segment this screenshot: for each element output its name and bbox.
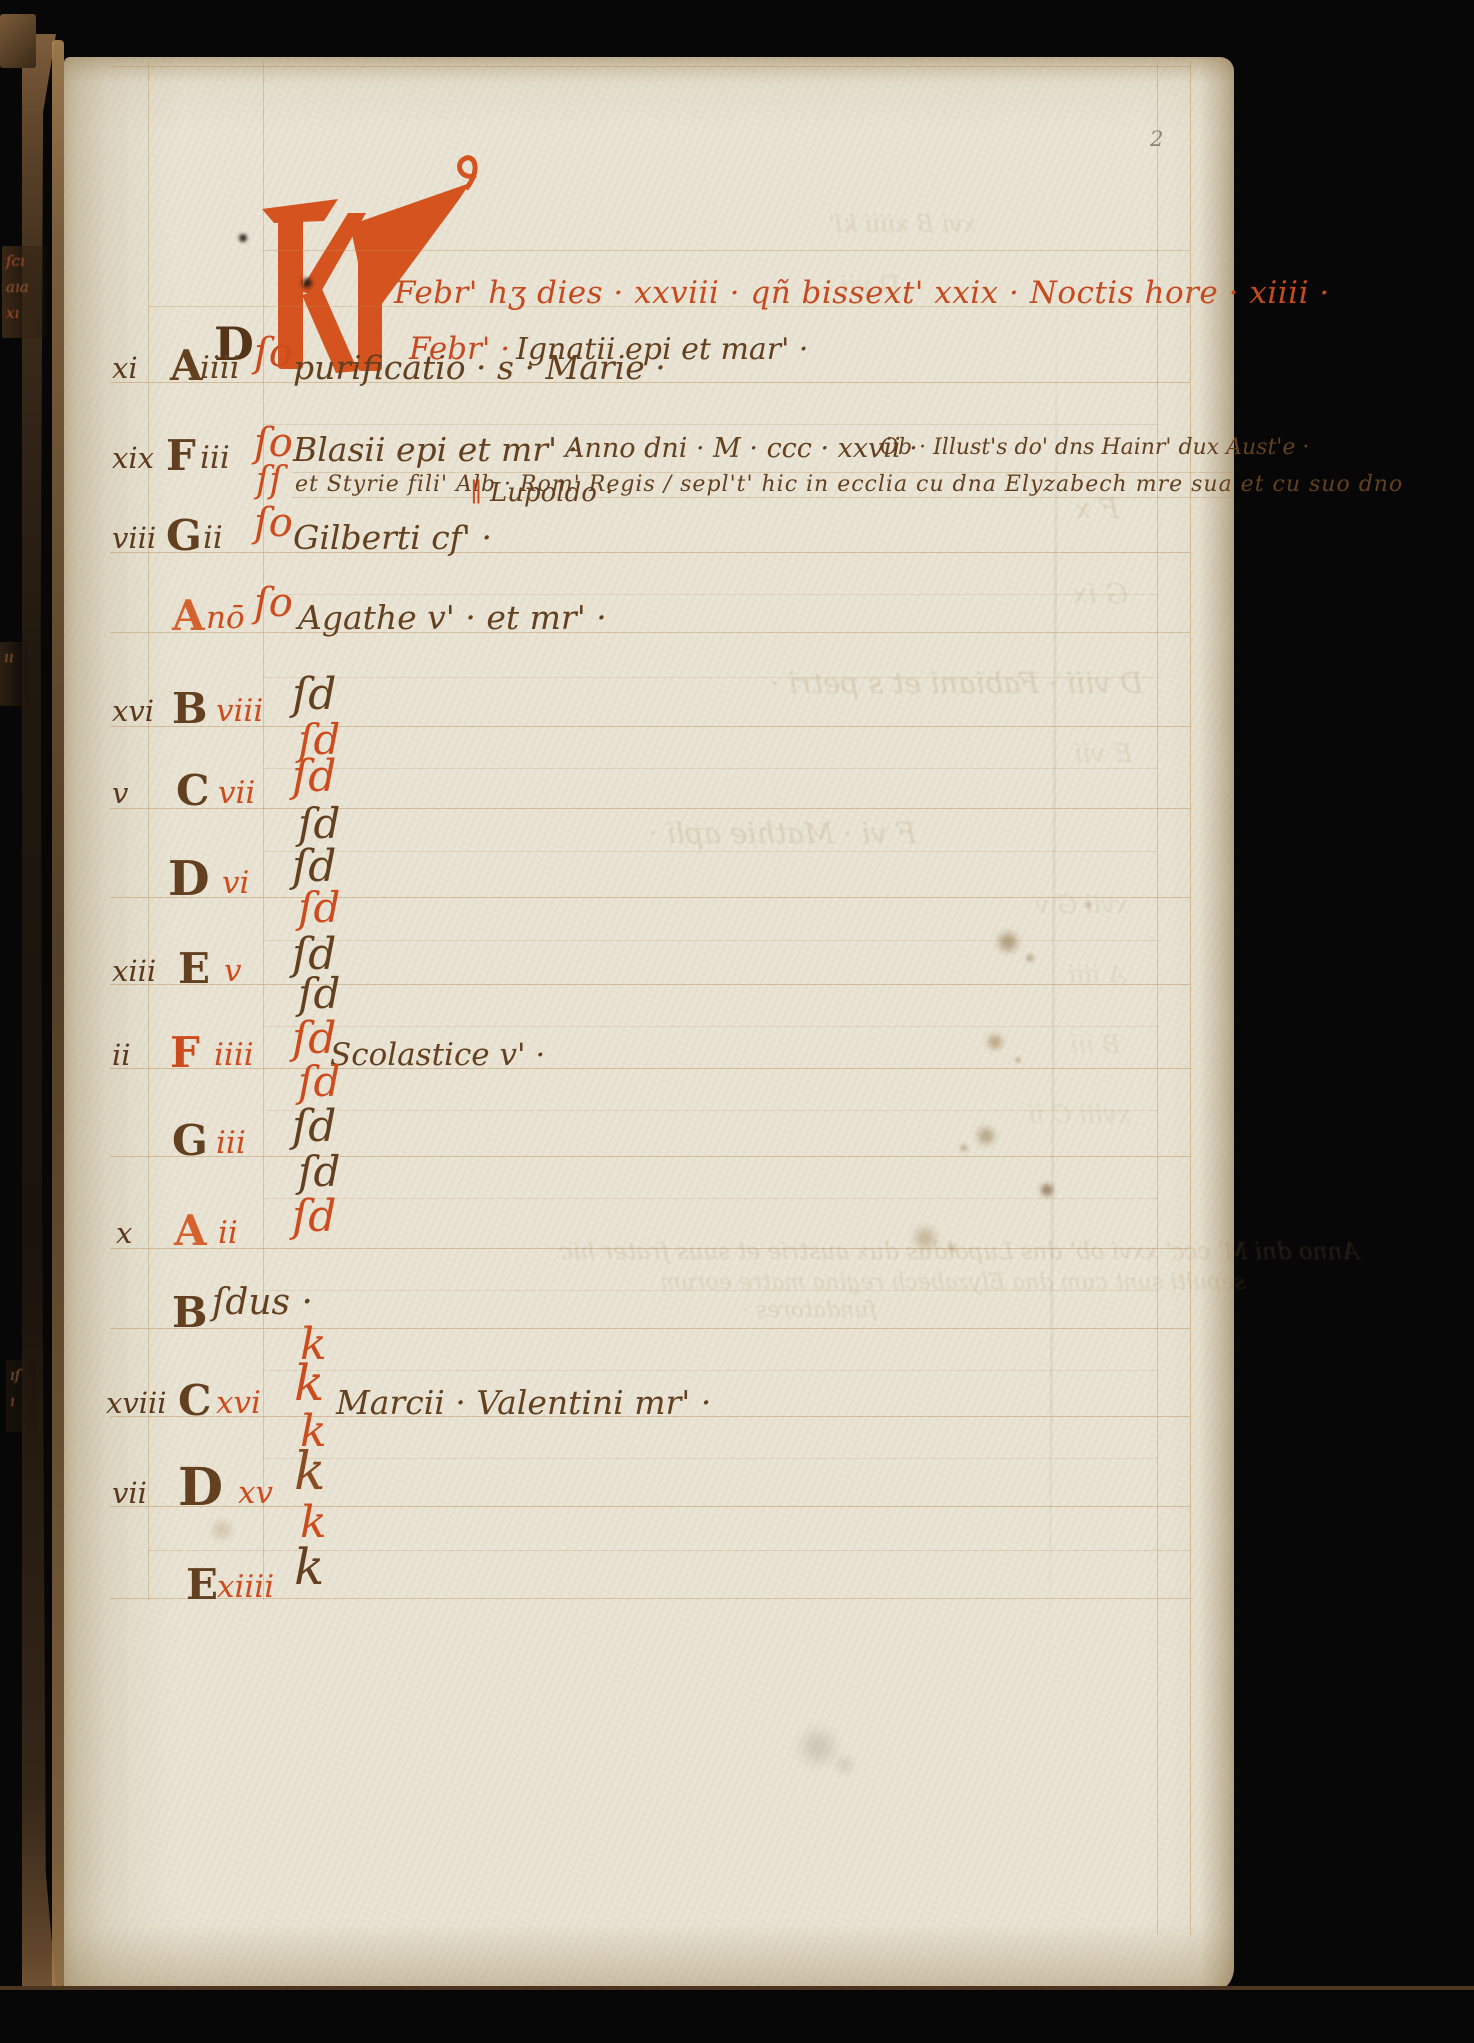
day-count-numeral: viii [216, 693, 263, 729]
stain-spot [960, 1144, 968, 1152]
dominical-letter: C [176, 766, 209, 815]
golden-number: vii [112, 1476, 147, 1510]
day-count-numeral: nō [206, 600, 245, 636]
ruled-line-vertical [263, 62, 264, 1600]
ruled-line-horizontal [263, 250, 1190, 251]
day-count-numeral: xv [238, 1475, 273, 1511]
kalend-mark: ſd [292, 669, 336, 720]
page-edge-fragment: ıı [0, 642, 28, 706]
feast-entry: Blasii epi et mr' · [293, 430, 578, 469]
feast-entry: ∥ [470, 478, 482, 508]
golden-number: xix [112, 441, 154, 475]
day-count-numeral: vii [218, 775, 255, 811]
dominical-letter: E [186, 1560, 218, 1609]
ruled-line-horizontal [110, 552, 1190, 553]
kalend-mark-filler: ſd [298, 799, 340, 848]
kalend-mark: ſd [292, 1191, 336, 1242]
day-count-numeral: iii [216, 1125, 246, 1161]
show-through-text: F x [1075, 492, 1119, 525]
golden-number: ii [112, 1038, 131, 1072]
feast-entry: Anno dni · M · ccc · xxvii · [565, 433, 918, 464]
kalend-mark: ſo [254, 500, 293, 546]
show-through-text: B iii [1070, 1030, 1120, 1059]
feast-entry: et Styrie fili' Alb · Rom' Regis / sepl'… [295, 472, 1403, 497]
ruled-line-horizontal [110, 66, 1190, 67]
ruled-line-horizontal [110, 808, 1190, 809]
ruled-line-horizontal [110, 632, 1190, 633]
ruled-line-horizontal [263, 1458, 1157, 1459]
dominical-letter: C [178, 1376, 211, 1425]
dominical-letter: B [172, 684, 208, 733]
stain-spot [948, 1244, 956, 1252]
show-through-text: A iiii [1068, 960, 1126, 989]
show-through-text: E vii [1074, 739, 1133, 769]
ruled-line-vertical [1157, 62, 1158, 1935]
ruled-line-horizontal [263, 1198, 1157, 1199]
feast-entry: Scolastice v' · [330, 1037, 545, 1073]
edge-fragment-text: aıa [6, 278, 29, 296]
day-count-numeral: iiii [200, 350, 240, 386]
day-count-numeral: iiii [214, 1037, 254, 1073]
ruled-line-horizontal [110, 1156, 1190, 1157]
show-through-text: D vii [840, 271, 900, 301]
ruled-line-horizontal [263, 851, 1157, 852]
ruled-line-horizontal [110, 1068, 1190, 1069]
kalend-mark-filler: ſd [298, 715, 340, 764]
day-count-numeral: ii [218, 1215, 238, 1251]
page-edge-fragment: ıſı [6, 1360, 36, 1432]
ruled-line-horizontal [263, 1370, 1157, 1371]
show-through-text: xvi B xiiii kl' [828, 210, 976, 238]
ruled-line-horizontal [263, 1110, 1157, 1111]
dominical-letter: A [172, 591, 205, 640]
golden-number: xviii [106, 1386, 167, 1420]
ruled-line-vertical [1190, 62, 1191, 1935]
kalend-mark-filler: ſd [298, 1057, 340, 1106]
stain-spot [915, 1228, 935, 1248]
day-count-numeral: vi [222, 865, 249, 901]
ruled-line-horizontal [263, 1026, 1157, 1027]
golden-number: v [112, 776, 128, 810]
show-through-text: F vi · Mathie apli · [648, 816, 916, 850]
stain-spot [978, 1128, 994, 1144]
manuscript-photo: Febr' hʒ dies · xxviii · qñ bissext' xxi… [0, 0, 1474, 2043]
show-through-text: D viii · Fabiani et s petri · [770, 666, 1143, 700]
ruled-line-horizontal [263, 768, 1157, 769]
show-through-text: fundatores · [742, 1298, 877, 1323]
ruled-line-horizontal [110, 1328, 1190, 1329]
stain-spot [1085, 902, 1091, 908]
feast-entry: Lupoldo · [490, 478, 613, 508]
stain-spot [988, 1035, 1002, 1049]
ruled-line-horizontal [263, 424, 1157, 425]
day-count-numeral: iii [200, 440, 230, 476]
feast-entry: Marcii · Valentini mr' · [336, 1383, 711, 1422]
feast-entry: Agathe v' · et mr' · [298, 598, 607, 637]
kalend-mark-filler: k [300, 1497, 327, 1548]
kalend-mark: ſo [254, 330, 293, 376]
dominical-letter: A [174, 1206, 207, 1255]
edge-fragment-text: xı [6, 304, 19, 322]
stain-spot [999, 933, 1017, 951]
show-through-text: xvii G v [1035, 890, 1129, 919]
stain-spot [802, 1731, 834, 1763]
dominical-letter: F [166, 431, 196, 480]
stain-spot [837, 1757, 853, 1773]
ruled-line-horizontal [110, 726, 1190, 727]
stain-spot [302, 278, 312, 288]
stain-spot [1015, 1057, 1021, 1063]
ruled-line-horizontal [110, 984, 1190, 985]
page-edge-fragment: ſcıaıaxı [2, 246, 48, 338]
golden-number: xi [112, 351, 138, 385]
show-through-text: G ix [1072, 577, 1128, 610]
kalend-mark-filler: k [300, 1406, 327, 1457]
kalend-mark-filler: ſd [298, 969, 340, 1018]
feast-entry: Gilberti cf' · [293, 518, 492, 557]
edge-fragment-text: ıſ [10, 1366, 20, 1384]
dominical-letter: F [170, 1028, 200, 1077]
show-through-text: xviii C ii [1028, 1100, 1131, 1129]
kalend-mark-filler: ſd [298, 883, 340, 932]
day-count-numeral: ii [203, 520, 223, 556]
stain-spot [239, 234, 247, 242]
ruled-line-horizontal [263, 940, 1157, 941]
stain-spot [1041, 1184, 1053, 1196]
golden-number: x [116, 1216, 132, 1250]
kalend-mark-filler: ſſ [256, 460, 283, 501]
dominical-letter: G [166, 511, 202, 560]
day-count-numeral: xvi [216, 1385, 261, 1421]
edge-fragment-text: ı [10, 1392, 15, 1410]
ruled-line-horizontal [148, 306, 1190, 307]
day-count-numeral: xiiii [217, 1569, 274, 1605]
ruled-line-vertical [148, 62, 149, 1600]
dominical-letter: D [178, 1457, 223, 1518]
kalend-mark: ſdus · [212, 1282, 313, 1323]
feast-entry: Ob · Illust's do' dns Hainr' dux Aust'e … [880, 435, 1309, 460]
golden-number: xvi [112, 694, 154, 728]
stain-spot [213, 1521, 231, 1539]
photo-background-bottom [0, 1986, 1474, 2043]
golden-number: xiii [112, 954, 156, 988]
dominical-letter: D [168, 851, 210, 907]
show-through-text: Anno dni M' ccc' xxvi ob' dns Lupoldus d… [560, 1239, 1359, 1265]
dominical-letter: A [170, 341, 203, 390]
ruled-line-horizontal [263, 594, 1157, 595]
parchment-page: Febr' hʒ dies · xxviii · qñ bissext' xxi… [64, 57, 1234, 1994]
dominical-letter: B [172, 1288, 208, 1337]
page-edge-stack [52, 40, 64, 1988]
dominical-letter: G [172, 1116, 208, 1165]
kalend-mark-filler: ſd [298, 1147, 340, 1196]
kalend-mark: ſo [254, 580, 293, 626]
show-through-text: sepulti sunt cum dna Elyzabech regina ma… [660, 1270, 1246, 1295]
golden-number: viii [112, 521, 156, 555]
edge-fragment-text: ıı [4, 648, 14, 666]
dominical-letter: E [178, 944, 210, 993]
feast-entry: purificatio · s · Marie · [293, 348, 666, 387]
edge-fragment-text: ſcı [6, 252, 25, 270]
day-count-numeral: v [224, 953, 242, 989]
stain-spot [1026, 954, 1034, 962]
ruled-line-horizontal [110, 897, 1190, 898]
spine-head-cap [0, 14, 36, 68]
kalend-mark-filler: k [300, 1319, 327, 1370]
kalend-mark: ſd [292, 1101, 336, 1152]
